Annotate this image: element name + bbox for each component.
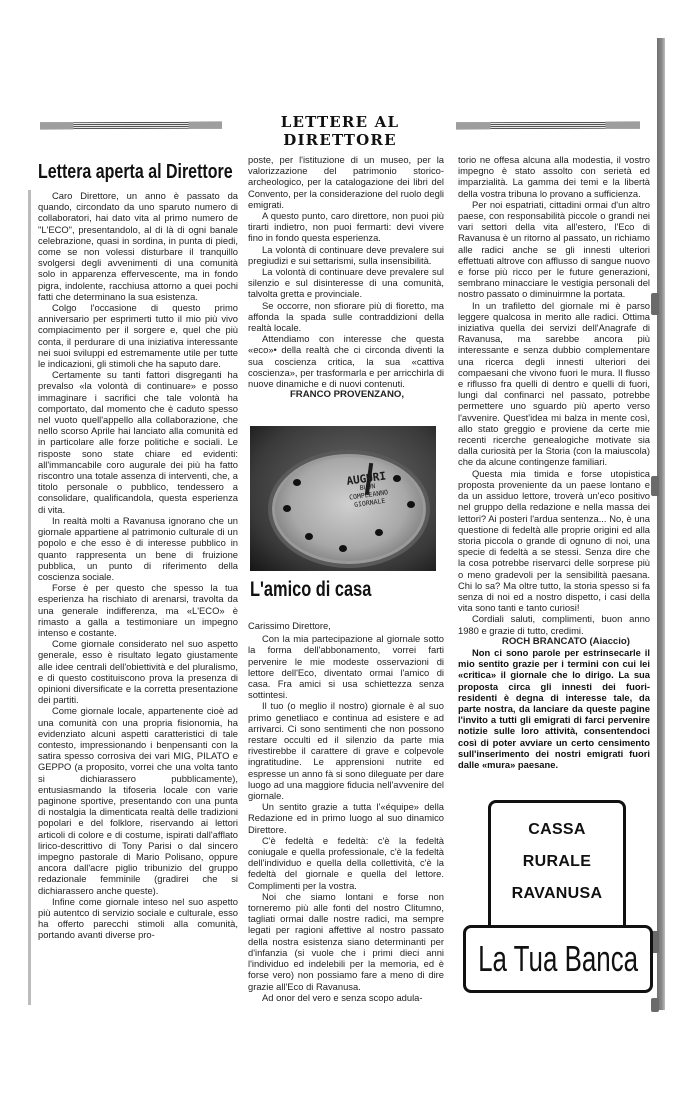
article1-headline: Lettera aperta al Direttore [38,160,233,184]
article1-paragraph: Come giornale considerato nel suo aspett… [38,638,238,705]
scan-blot [651,998,659,1012]
ad-slogan-box: La Tua Banca [463,925,653,993]
article2-paragraph: Con la mia partecipazione al giornale so… [248,633,444,700]
cake-decoration [293,479,301,486]
article1-continuation: Attendiamo con interesse che questa «eco… [248,333,444,389]
article2-paragraph: C'è fedeltà e fedeltà: c'è la fedeltà co… [248,835,444,891]
header-rule-right [456,122,640,130]
article1-paragraph: Forse è per questo che spesso la tua esp… [38,582,238,638]
scan-blot [651,293,659,315]
section-title: LETTERE AL DIRETTORE [228,113,452,149]
cake-photo: AUGURI BUON COMPLEANNO GIORNALE [250,426,436,571]
birthday-cake: AUGURI BUON COMPLEANNO GIORNALE [272,454,426,564]
article2-continuation: In un trafiletto del giornale mi è parso… [458,300,650,468]
article1-continuation: poste, per l'istituzione di un museo, pe… [248,154,444,210]
article1-continuation: La volontà di continuare deve prevalere … [248,266,444,300]
section-header: LETTERE AL DIRETTORE [40,113,640,135]
article1-continuation: Se occorre, non sfiorare più di fioretto… [248,300,444,334]
cake-decoration [339,545,347,552]
article2-paragraph: Noi che siamo lontani e forse non torner… [248,891,444,992]
cake-decoration [305,533,313,540]
article1-paragraph: Infine come giornale inteso nel suo aspe… [38,896,238,941]
article1-column1: Caro Direttore, un anno è passato da qua… [38,190,238,941]
scan-edge-right [657,38,665,1010]
article2-paragraph: Un sentito grazie a tutta l'«équipe» del… [248,801,444,835]
scan-blot [651,476,659,496]
article2-salutation: Carissimo Direttore, [248,620,444,631]
article2-column1: Carissimo Direttore, Con la mia partecip… [248,620,444,1003]
article1-paragraph: Come giornale locale, appartenente cioè … [38,705,238,895]
article1-paragraph: Caro Direttore, un anno è passato da qua… [38,190,238,302]
article2-signature: ROCH BRANCATO (Aiaccio) [458,636,630,647]
article1-paragraph: In realtà molti a Ravanusa ignorano che … [38,515,238,582]
article2-column2: torio ne offesa alcuna alla modestia, il… [458,154,650,770]
article1-paragraph: Colgo l'occasione di questo primo annive… [38,302,238,369]
cake-decoration [407,501,415,508]
article1-paragraph: Certamente su tanti fattori disgreganti … [38,369,238,515]
article1-signature: FRANCO PROVENZANO, [248,389,404,400]
header-rule-left [40,122,222,130]
ad-slogan: La Tua Banca [478,938,638,980]
ad-line: RAVANUSA [491,885,623,903]
article1-column2: poste, per l'istituzione di un museo, pe… [248,154,444,400]
article2-headline: L'amico di casa [250,578,371,602]
article2-continuation: Cordiali saluti, complimenti, buon anno … [458,613,650,635]
ad-line: RURALE [491,853,623,871]
article1-continuation: La volontà di continuare deve prevalere … [248,244,444,266]
cake-decoration [375,529,383,536]
editor-reply: Non ci sono parole per estrinsecarle il … [458,647,650,770]
article2-paragraph: Il tuo (o meglio il nostro) giornale è a… [248,700,444,801]
cake-inscription: AUGURI BUON COMPLEANNO GIORNALE [321,469,415,513]
article2-paragraph: Ad onor del vero e senza scopo adula- [248,992,444,1003]
scan-edge-left [28,190,31,1005]
article2-continuation: Per noi espatriati, cittadini ormai d'un… [458,199,650,300]
article2-continuation: torio ne offesa alcuna alla modestia, il… [458,154,650,199]
cake-decoration [283,505,291,512]
ad-line: CASSA [491,821,623,839]
article1-continuation: A questo punto, caro direttore, non puoi… [248,210,444,244]
article2-continuation: Questa mia timida e forse utopistica pro… [458,468,650,614]
